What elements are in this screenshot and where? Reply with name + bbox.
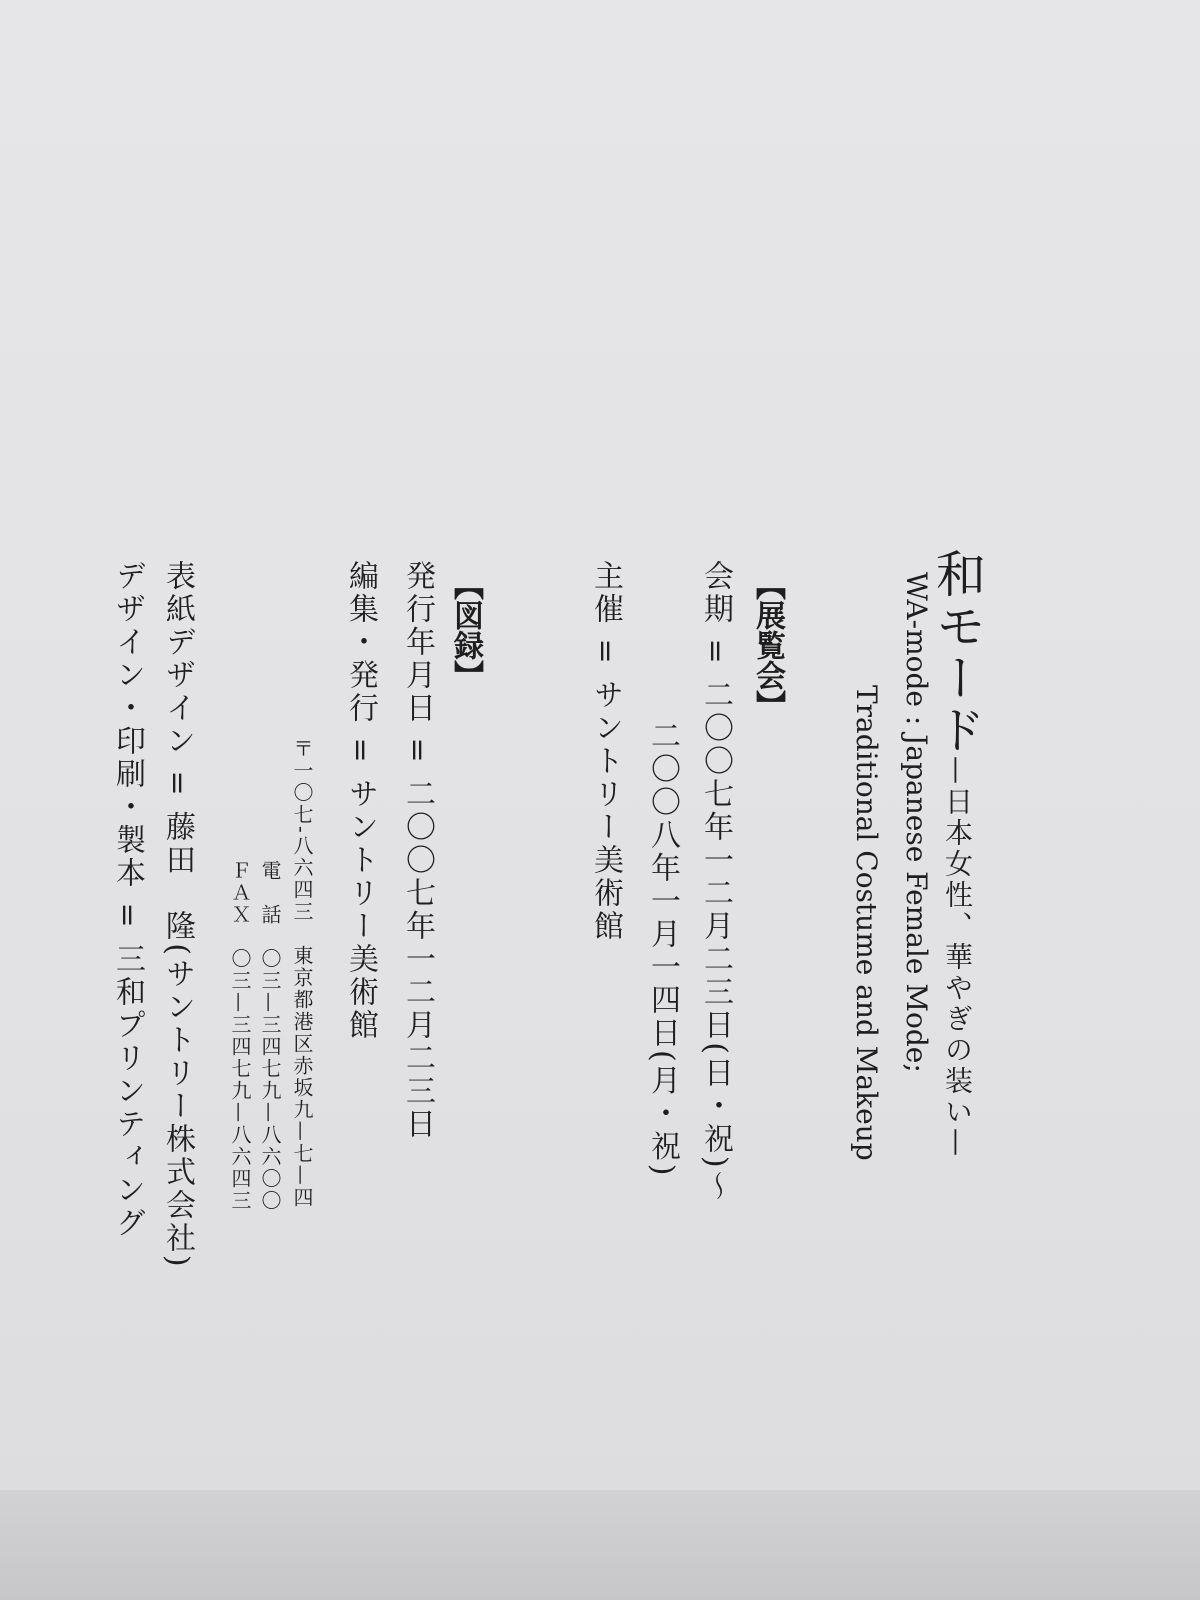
exhibition-period-start: 会期 = 二〇〇七年一二月二三日(日・祝)〜 <box>700 560 730 1204</box>
printing-credit: デザイン・印刷・製本 = 三和プリンティング <box>112 560 142 1240</box>
publisher-address: 〒一〇七-八六四三 東京都港区赤坂九—七—四 <box>292 738 312 1209</box>
editor-publisher: 編集・発行 = サントリー美術館 <box>345 560 375 1042</box>
publisher-phone: 電 話 〇三—三四七九—八六〇〇 <box>260 860 280 1212</box>
exhibition-host: 主催 = サントリー美術館 <box>590 560 620 943</box>
title-column: 和モード—日本女性、華やぎの装い— <box>932 548 982 1159</box>
exhibition-period-end: 二〇〇八年一月一四日(月・祝) <box>647 720 677 1178</box>
publication-date: 発行年月日 = 二〇〇七年一二月二三日 <box>402 560 432 1141</box>
title-main: 和モード <box>928 548 986 756</box>
publisher-fax: ＦＡＸ 〇三—三四七九—八六四三 <box>230 860 250 1212</box>
catalog-heading: 【図録】 <box>450 570 480 690</box>
english-title-line-2: Traditional Costume and Makeup <box>852 685 880 1161</box>
english-title-line-1: WA-mode : Japanese Female Mode; <box>902 572 930 1073</box>
title-subtitle: —日本女性、華やぎの装い— <box>941 756 974 1159</box>
exhibition-heading: 【展覧会】 <box>752 570 782 720</box>
page-bottom-edge <box>0 1490 1200 1600</box>
cover-design-credit: 表紙デザイン = 藤田 隆(サントリー株式会社) <box>162 560 192 1270</box>
